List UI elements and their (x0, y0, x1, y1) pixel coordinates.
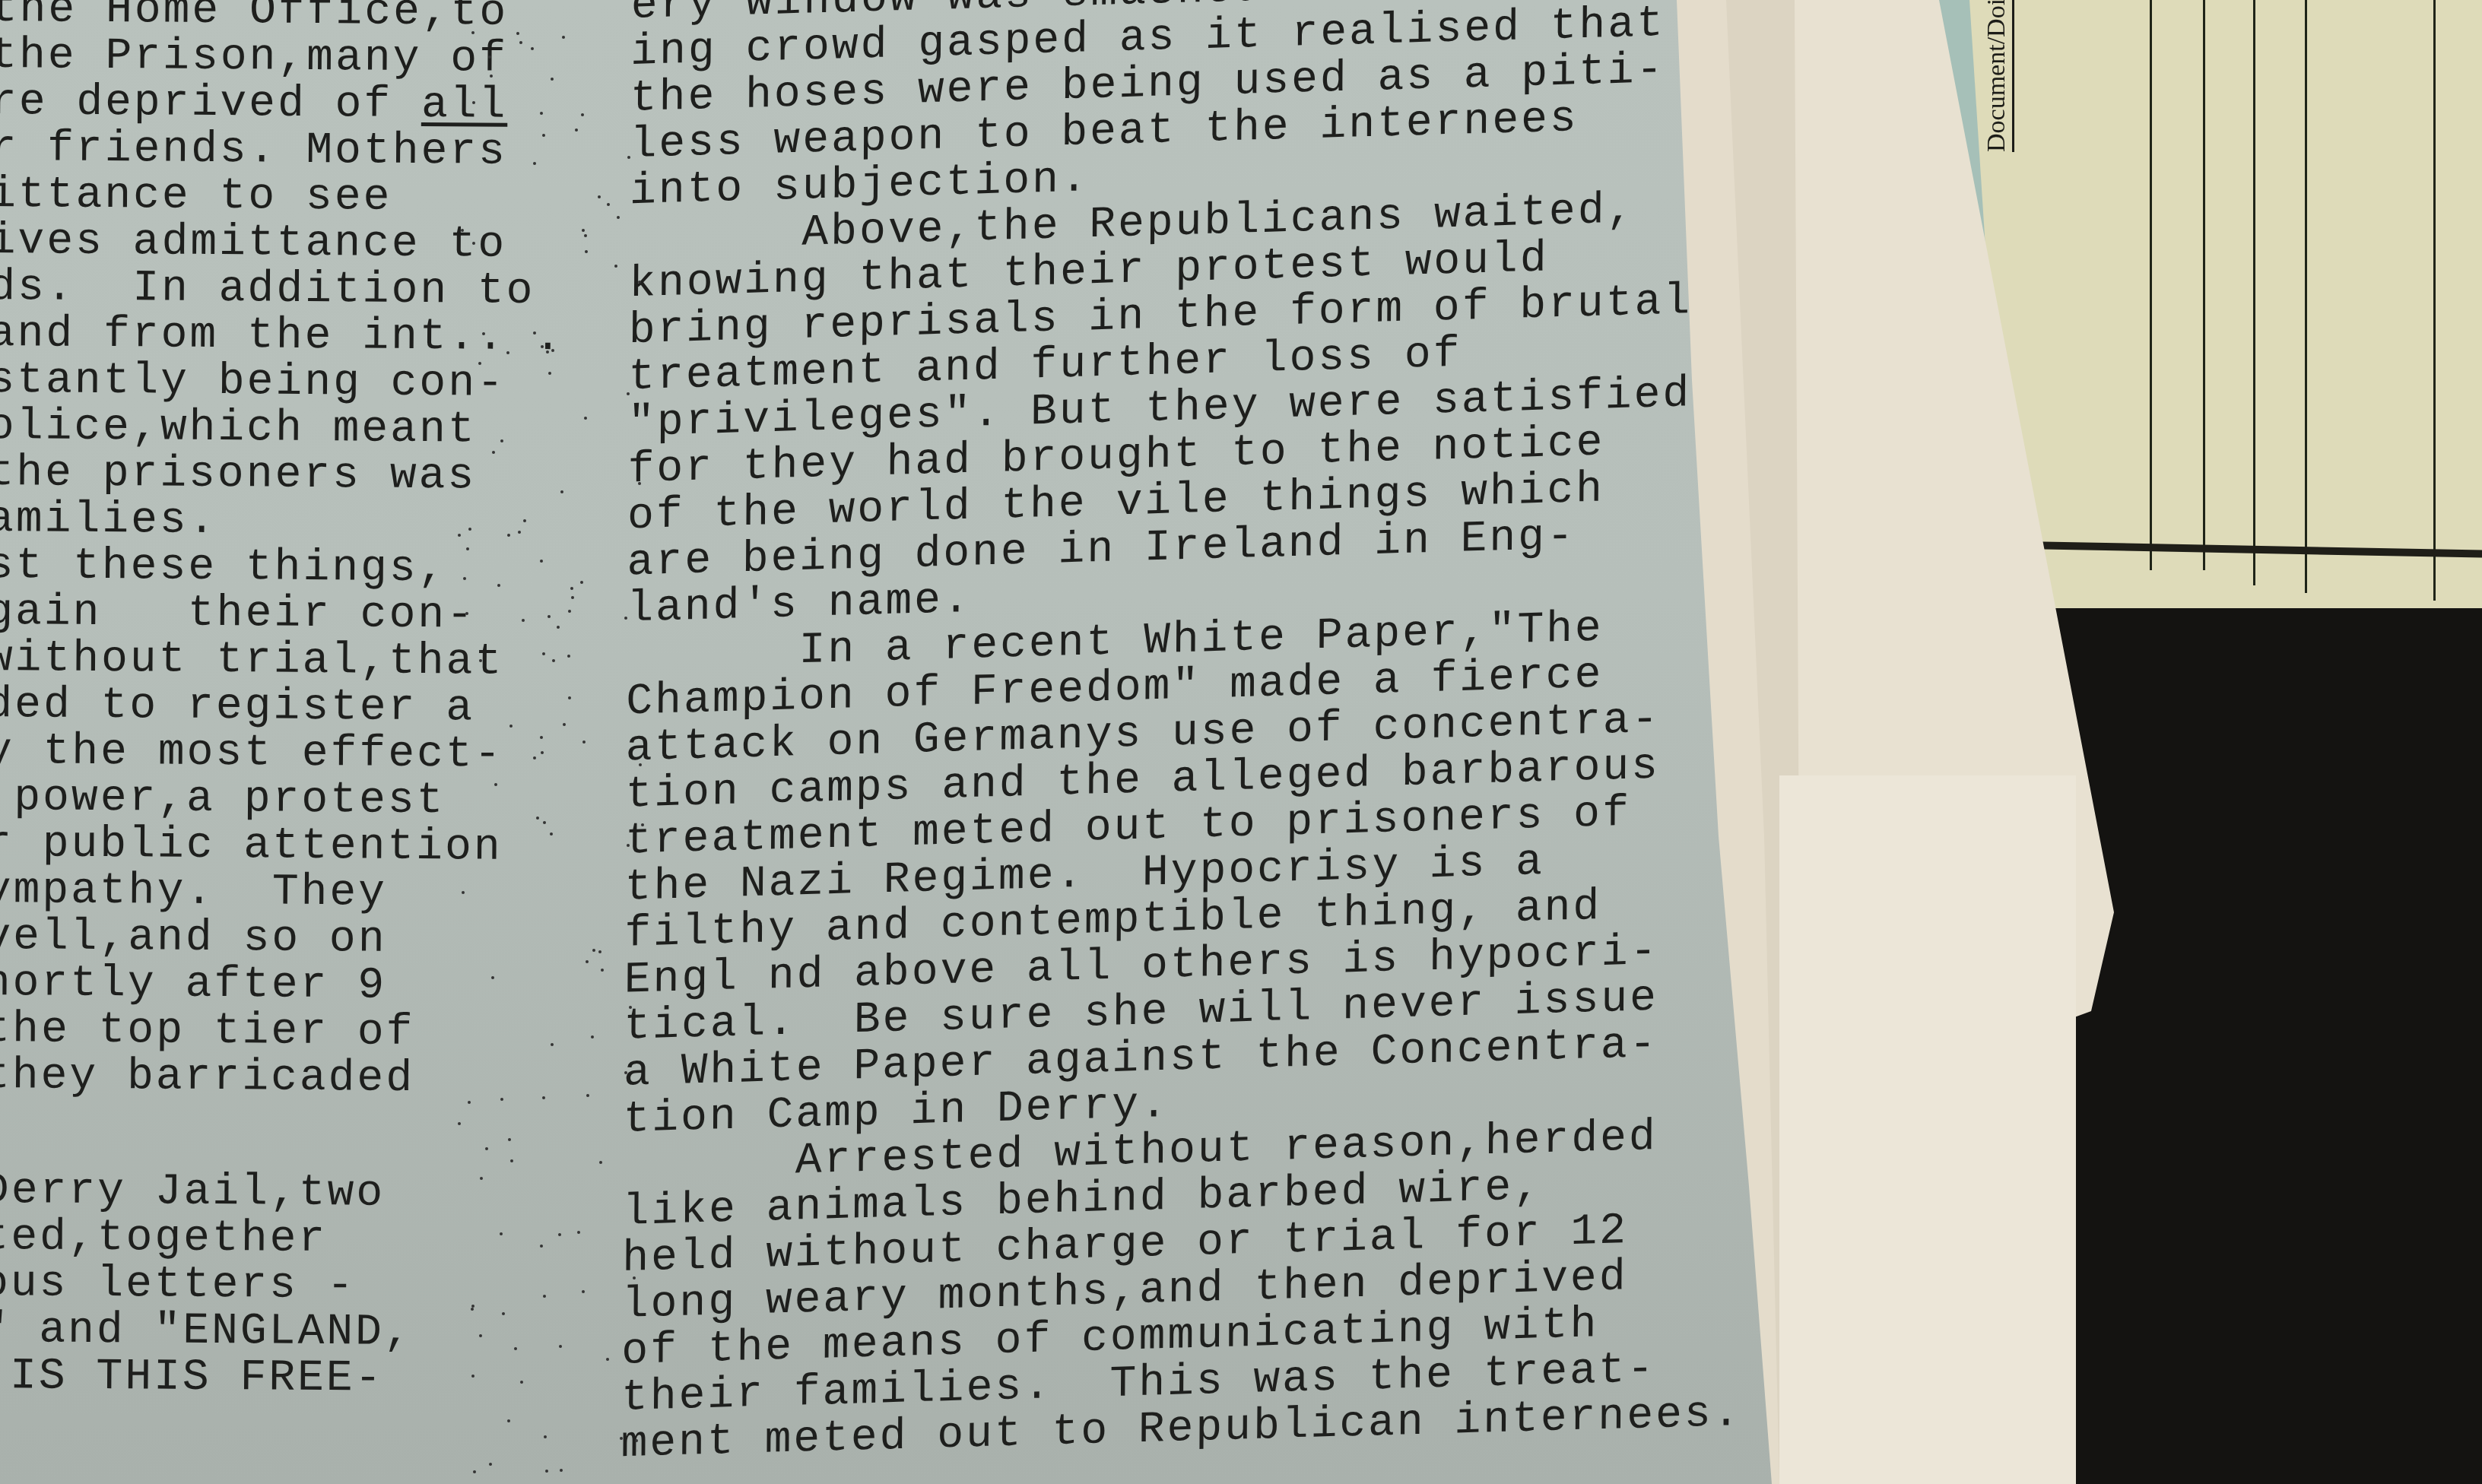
paper-speck (606, 1358, 609, 1361)
text-line: the Prison,many of (0, 33, 566, 83)
paper-speck (559, 1345, 562, 1348)
text-line: IS THIS FREE- (0, 1353, 557, 1403)
paper-speck (471, 1375, 474, 1378)
paper-speck (489, 1463, 492, 1466)
paper-speck (482, 332, 485, 335)
paper-speck (465, 612, 468, 615)
paper-speck (516, 32, 519, 35)
paper-speck (560, 490, 563, 493)
paper-speck (508, 1138, 511, 1141)
paper-speck (542, 652, 545, 655)
paper-speck (582, 740, 586, 744)
paper-speck (607, 203, 610, 206)
paper-speck (592, 949, 595, 952)
paper-speck (502, 1312, 505, 1315)
text-line: ives admittance to (0, 218, 564, 268)
text-line: vell,and so on (0, 914, 560, 964)
paper-speck (629, 1006, 632, 1009)
paper-speck (490, 75, 493, 78)
paper-speck (627, 156, 630, 159)
paper-speck (577, 1231, 580, 1234)
paper-speck (582, 229, 585, 232)
paper-speck (531, 47, 534, 50)
paper-speck (570, 587, 573, 590)
paper-speck (586, 960, 589, 963)
paper-speck (581, 113, 584, 116)
paper-speck (473, 1470, 476, 1473)
ledger-column-rule (2150, 0, 2152, 570)
text-line: " and "ENGLAND, (0, 1307, 557, 1357)
text-line: power,a protest (0, 775, 560, 825)
paper-speck (563, 723, 566, 726)
paper-speck (557, 626, 560, 629)
ledger-document-label: Document/Doiciméid (1982, 0, 2014, 152)
paper-speck (571, 596, 574, 599)
ledger-column-rule (2305, 0, 2307, 593)
paper-speck (533, 162, 536, 165)
ledger-column-rule (2203, 0, 2205, 570)
text-line (0, 1099, 558, 1172)
paper-speck (558, 1233, 561, 1236)
paper-speck (550, 832, 553, 836)
paper-speck (567, 655, 570, 658)
paper-speck (591, 1035, 594, 1038)
paper-speck (471, 1305, 474, 1308)
ledger-column-rule (2253, 0, 2255, 585)
paper-speck (598, 195, 601, 198)
paper-speck (598, 950, 601, 953)
text-line: the top tier of (0, 1007, 559, 1057)
paper-speck (507, 1419, 510, 1422)
typewritten-page: the Home Office,tothe Prison,many ofre d… (0, 0, 1772, 1484)
text-line: Derry Jail,two (0, 1168, 557, 1218)
black-folder (2046, 608, 2482, 1484)
paper-speck (507, 534, 510, 537)
text-line: amilies. (0, 496, 562, 547)
text-line: ittance to see (0, 172, 564, 222)
paper-speck (624, 1071, 627, 1074)
text-line: ympathy. They (0, 867, 560, 918)
text-line: ted,together (0, 1214, 557, 1264)
paper-speck (544, 1435, 547, 1438)
text-line: gain their con- (0, 589, 562, 639)
paper-speck (582, 1290, 585, 1293)
paper-speck (536, 817, 539, 820)
paper-speck (584, 417, 587, 420)
middle-text-column: ery window was smashed. The watch-ing cr… (620, 0, 1751, 1468)
text-line: olice,which meant (0, 404, 563, 454)
text-line: r friends. Mothers (0, 125, 565, 176)
paper-speck (599, 1161, 602, 1164)
paper-speck (546, 350, 549, 354)
paper-speck (487, 2, 490, 5)
paper-speck (518, 531, 521, 534)
paper-speck (568, 610, 571, 613)
paper-speck (617, 216, 620, 219)
paper-speck (543, 1295, 546, 1298)
text-line: ds. In addition to (0, 265, 564, 315)
paper-speck (562, 36, 565, 39)
paper-speck (491, 976, 494, 979)
paper-speck (542, 134, 545, 137)
paper-speck (500, 439, 503, 442)
text-line: r public attention (0, 821, 560, 871)
paper-speck (560, 1469, 563, 1472)
paper-speck (575, 128, 578, 132)
paper-speck (614, 265, 617, 268)
paper-speck (620, 1437, 623, 1440)
ledger-column-rule (2433, 0, 2436, 601)
text-line: without trial,that (0, 636, 561, 686)
paper-speck (586, 1094, 589, 1097)
paper-speck (551, 78, 554, 81)
text-line: hortly after 9 (0, 960, 559, 1010)
paper-speck (519, 41, 522, 44)
text-line: and from the int.. . (0, 311, 563, 361)
paper-speck (479, 1334, 482, 1337)
text-line: re deprived of all (0, 79, 565, 129)
text-line: ous letters - (0, 1260, 557, 1311)
left-text-column: the Home Office,tothe Prison,many ofre d… (0, 0, 566, 1403)
paper-speck (627, 844, 630, 847)
paper-speck (568, 696, 571, 699)
underlined-word: all (421, 81, 508, 131)
paper-speck (540, 736, 543, 739)
paper-speck (552, 659, 555, 662)
paper-speck (635, 1439, 638, 1442)
paper-speck (540, 1245, 543, 1248)
text-line: the prisoners was (0, 450, 563, 500)
paper-speck (584, 234, 587, 237)
text-line: y the most effect- (0, 728, 560, 778)
paper-speck (533, 331, 536, 335)
paper-speck (506, 351, 509, 354)
paper-speck (468, 1101, 471, 1104)
text-line: ded to register a (0, 682, 561, 732)
paper-speck (545, 1470, 548, 1473)
paper-speck (497, 584, 500, 587)
paper-speck (601, 969, 604, 972)
text-line: st these things, (0, 543, 562, 593)
paper-speck (585, 250, 588, 253)
text-line: they barricaded (0, 1053, 558, 1103)
stacked-sheet-lower (1779, 775, 2076, 1484)
paper-speck (580, 581, 583, 584)
paper-speck (551, 349, 554, 352)
